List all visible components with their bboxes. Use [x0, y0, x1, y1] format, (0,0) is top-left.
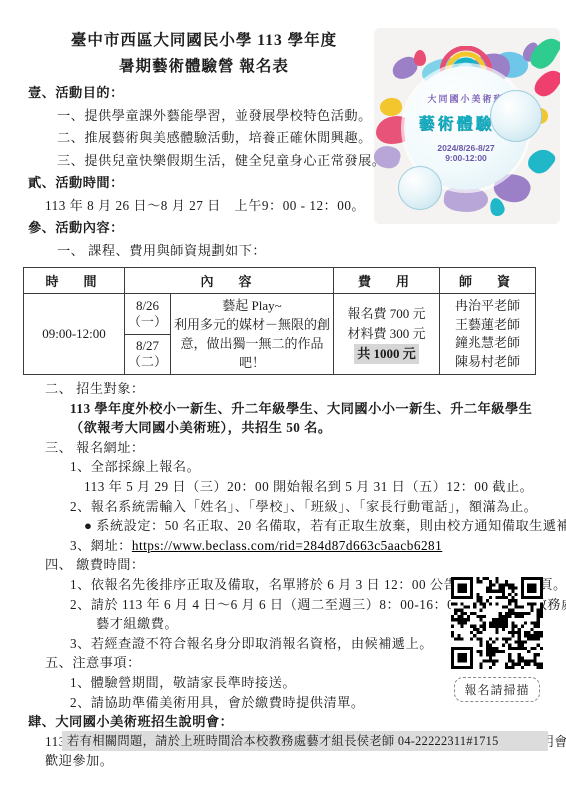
footer-contact-note: 若有相關問題，請於上班時間洽本校教務處藝才組長侯老師 04-22222311#1…: [62, 731, 548, 751]
section-4-heading: 肆、大同國小美術班招生說明會：: [28, 712, 548, 732]
content-desc: 利用多元的媒材－無限的創意，做出獨一無二的作品吧！: [174, 315, 330, 372]
badge-date: 2024/8/26-8/27: [404, 143, 528, 153]
teacher-name: 冉治平老師: [443, 297, 532, 316]
signup-line-3: 3、網址：https://www.beclass.com/rid=284d87d…: [28, 536, 548, 556]
badge-time: 9:00-12:00: [404, 153, 528, 163]
bubble-icon: [490, 90, 542, 142]
signup-line-2: 2、報名系統需輸入「姓名」、「學校」、「班級」、「家長行動電話」，額滿為止。: [28, 497, 548, 517]
teacher-name: 鐘兆慧老師: [443, 334, 532, 353]
qr-code: [451, 577, 543, 669]
table-cell-date1: 8/26 （一）: [125, 294, 171, 335]
signup-bullet-note: ● 系統設定：50 名正取、20 名備取，若有正取生放棄，則由校方通知備取生遞補: [28, 516, 548, 536]
table-header-row: 時 間 內 容 費 用 師 資: [24, 268, 536, 294]
fee-signup: 報名費 700 元: [337, 304, 436, 324]
doc-title-line1: 臺中市西區大同國民小學 113 學年度: [28, 28, 380, 54]
section-3-item2-heading: 二、 招生對象：: [28, 379, 548, 399]
content-title: 藝起 Play~: [174, 296, 330, 315]
bubble-icon: [398, 166, 442, 210]
section-3-item1-heading: 一、 課程、費用與師資規劃如下：: [28, 240, 548, 263]
fee-material: 材料費 300 元: [337, 324, 436, 344]
table-header-content: 內 容: [125, 268, 334, 294]
section-3-heading: 參、活動內容：: [28, 217, 548, 240]
qr-caption: 報名請掃描: [454, 677, 539, 702]
registration-form-page: 大同國小美術班 藝術體驗營 2024/8/26-8/27 9:00-12:00 …: [0, 0, 566, 800]
signup-url-link[interactable]: https://www.beclass.com/rid=284d87d663c5…: [132, 538, 442, 553]
fee-total: 共 1000 元: [354, 344, 419, 364]
table-cell-content: 藝起 Play~ 利用多元的媒材－無限的創意，做出獨一無二的作品吧！: [171, 294, 334, 375]
teacher-name: 王藝蓮老師: [443, 316, 532, 335]
date1-weekday: （一）: [128, 314, 167, 330]
enroll-target-line2: （欲報考大同國小美術班），共招生 50 名。: [28, 418, 548, 438]
signup-line-1: 1、全部採線上報名。: [28, 457, 548, 477]
teacher-name: 陳易村老師: [443, 353, 532, 372]
table-header-fee: 費 用: [334, 268, 440, 294]
signup-url-label: 3、網址：: [70, 538, 132, 553]
enroll-target-line1: 113 學年度外校小一新生、升二年級學生、大同國小小一新生、升二年級學生: [28, 399, 548, 419]
table-cell-teachers: 冉治平老師 王藝蓮老師 鐘兆慧老師 陳易村老師: [440, 294, 536, 375]
date1-top: 8/26: [128, 298, 167, 314]
qr-code-image: [451, 577, 543, 669]
table-cell-time: 09:00-12:00: [24, 294, 125, 375]
date2-top: 8/27: [128, 338, 167, 354]
date2-weekday: （二）: [128, 354, 167, 370]
section-4-line2: 歡迎參加。: [28, 751, 548, 771]
table-cell-date2: 8/27 （二）: [125, 334, 171, 375]
table-header-teacher: 師 資: [440, 268, 536, 294]
table-cell-fee: 報名費 700 元 材料費 300 元 共 1000 元: [334, 294, 440, 375]
doc-title-line2: 暑期藝術體驗營 報名表: [28, 54, 380, 80]
signup-line-1b: 113 年 5 月 29 日（三）20：00 開始報名到 5 月 31 日（五）…: [28, 477, 548, 497]
section-2-body: 113 年 8 月 26 日～8 月 27 日 上午9：00 - 12：00。: [28, 195, 548, 218]
course-table: 時 間 內 容 費 用 師 資 09:00-12:00 8/26 （一） 藝起 …: [23, 267, 536, 375]
table-header-time: 時 間: [24, 268, 125, 294]
doc-title-block: 臺中市西區大同國民小學 113 學年度 暑期藝術體驗營 報名表: [28, 28, 380, 80]
section-3-item3-heading: 三、 報名網址：: [28, 438, 548, 458]
table-row: 09:00-12:00 8/26 （一） 藝起 Play~ 利用多元的媒材－無限…: [24, 294, 536, 335]
qr-block: 報名請掃描: [445, 577, 549, 702]
section-3-item4-heading: 四、 繳費時間：: [28, 555, 548, 575]
